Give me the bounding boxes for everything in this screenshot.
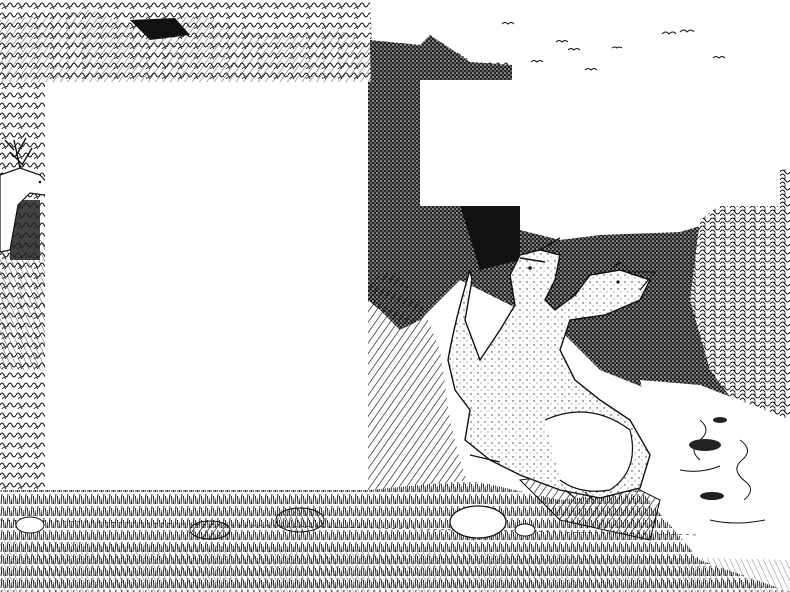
right-blank-panel xyxy=(420,80,780,206)
left-blank-panel xyxy=(45,82,368,490)
ground xyxy=(0,480,790,592)
